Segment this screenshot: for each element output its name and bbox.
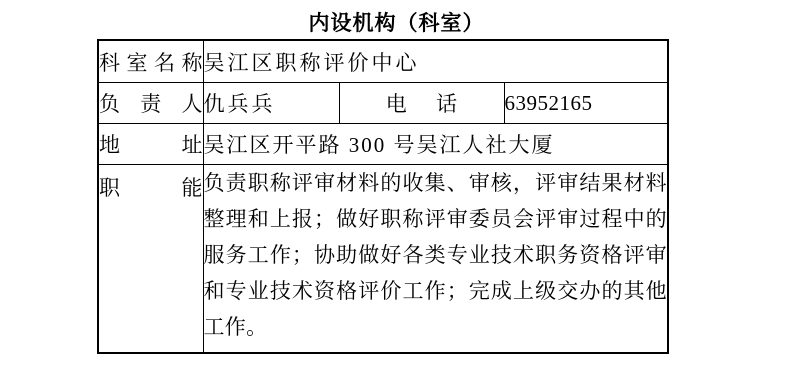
department-info-table: 科室名称 吴江区职称评价中心 负责人 仇兵兵 电话 63952165 地址 吴江… <box>97 39 669 354</box>
table-row-office-name: 科室名称 吴江区职称评价中心 <box>98 40 668 83</box>
table-row-functions: 职能 负责职称评审材料的收集、审核，评审结果材料整理和上报；做好职称评审委员会评… <box>98 165 668 354</box>
phone-label-text: 电话 <box>386 92 487 116</box>
office-name-label: 科室名称 <box>98 40 203 83</box>
office-name-value: 吴江区职称评价中心 <box>203 40 668 83</box>
table-row-address: 地址 吴江区开平路 300 号吴江人社大厦 <box>98 124 668 165</box>
address-label: 地址 <box>98 124 203 165</box>
page-title: 内设机构（科室） <box>0 7 793 37</box>
person-in-charge-value: 仇兵兵 <box>203 83 339 124</box>
address-value: 吴江区开平路 300 号吴江人社大厦 <box>203 124 668 165</box>
person-in-charge-label: 负责人 <box>98 83 203 124</box>
phone-label: 电话 <box>339 83 504 124</box>
functions-value: 负责职称评审材料的收集、审核，评审结果材料整理和上报；做好职称评审委员会评审过程… <box>203 165 668 354</box>
functions-label: 职能 <box>98 165 203 354</box>
phone-value: 63952165 <box>504 83 668 124</box>
table-row-person-phone: 负责人 仇兵兵 电话 63952165 <box>98 83 668 124</box>
